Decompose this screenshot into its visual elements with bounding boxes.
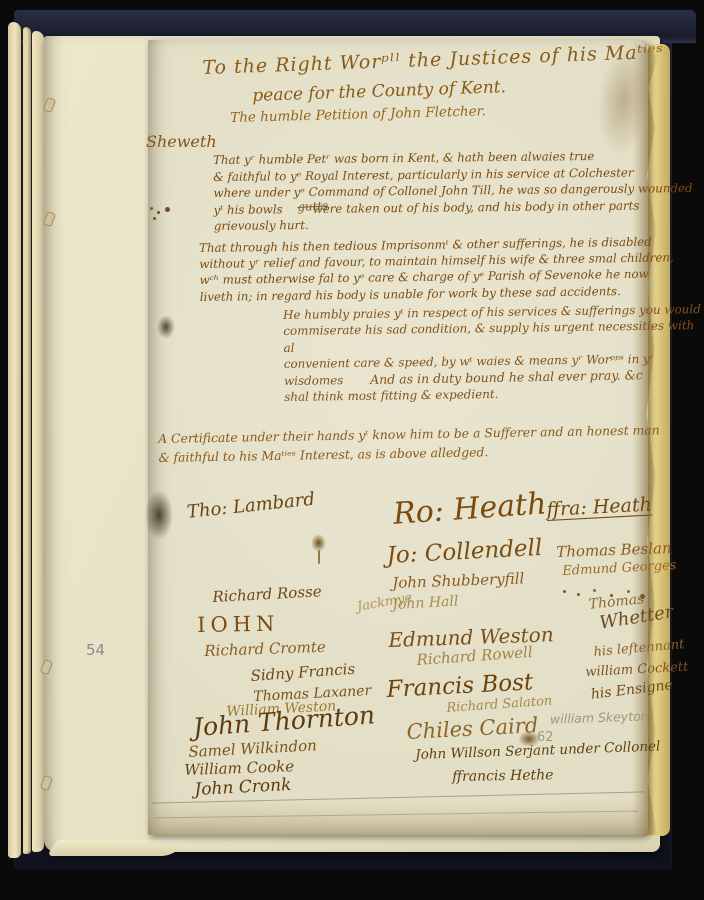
page-edge-stack	[23, 27, 31, 854]
petition-paragraph-2: That through his then tedious Imprisonmᵗ…	[199, 233, 674, 304]
ink-blot-drip	[318, 550, 320, 564]
ink-specks	[563, 590, 566, 593]
struck-out-word: gutts	[297, 198, 328, 214]
folio-number-pencil: 62	[537, 730, 554, 745]
folio-number-pencil: 54	[86, 641, 105, 659]
ink-specks	[150, 207, 153, 210]
page-edge-stack	[32, 31, 44, 852]
petition-paragraph-1: That yʳ humble Petʳ was born in Kent, & …	[213, 147, 693, 235]
signature: ffrancis Hethe	[452, 767, 554, 785]
petition-paragraph-3: He humbly praies yᵗ in respect of his se…	[283, 301, 704, 405]
signature: IOHN	[197, 612, 280, 637]
ink-stain	[145, 490, 173, 540]
ink-blot	[157, 315, 175, 339]
page-fold	[46, 840, 187, 856]
sheweth-heading: Sheweth	[146, 132, 217, 151]
page-edge-stack	[8, 22, 21, 858]
bottom-crease-band	[148, 800, 648, 835]
manuscript-photograph: To the Right Worᵖˡˡ the Justices of his …	[0, 0, 704, 900]
